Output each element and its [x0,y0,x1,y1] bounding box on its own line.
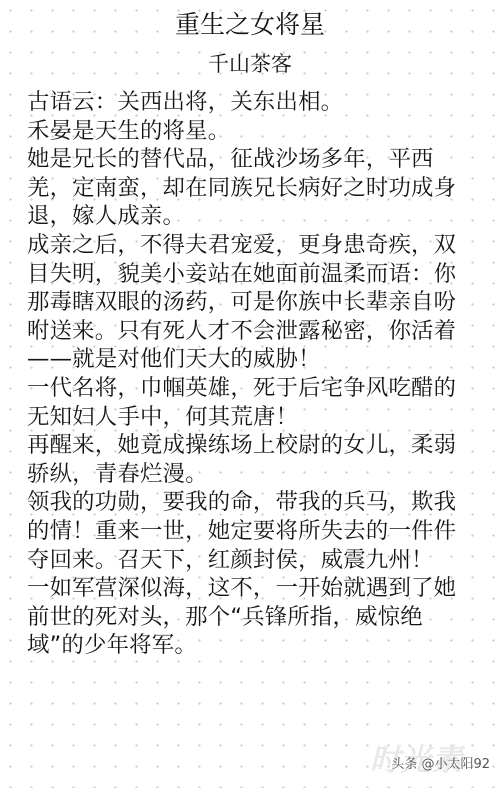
text-line: 退，嫁人成亲。 [27,202,475,231]
synopsis-body: 古语云：关西出将，关东出相。 禾晏是天生的将星。 她是兄长的替代品，征战沙场多年… [27,88,475,660]
text-line: 禾晏是天生的将星。 [27,117,475,146]
text-line: 她是兄长的替代品，征战沙场多年，平西 [27,145,475,174]
text-line: 一代名将，巾帼英雄，死于后宅争风吃醋的 [27,374,475,403]
text-line: 成亲之后，不得夫君宠爱，更身患奇疾，双 [27,231,475,260]
text-line: 骄纵，青春烂漫。 [27,460,475,489]
text-line: 那毒瞎双眼的汤药，可是你族中长辈亲自吩 [27,288,475,317]
book-author: 千山茶客 [0,49,500,79]
text-line: 的情！重来一世，她定要将所失去的一件件 [27,517,475,546]
text-line: 羌，定南蛮，却在同族兄长病好之时功成身 [27,174,475,203]
text-line: 夺回来。召天下，红颜封侯，威震九州！ [27,546,475,575]
text-line: 领我的功勋，要我的命，带我的兵马，欺我 [27,488,475,517]
book-title: 重生之女将星 [0,8,500,42]
text-line: 前世的死对头，那个“兵锋所指，威惊绝 [27,603,475,632]
text-line: 咐送来。只有死人才不会泄露秘密，你活着 [27,317,475,346]
source-watermark: 头条 @小太阳92 [391,757,490,773]
text-line: 域”的少年将军。 [27,631,475,660]
text-line: ——就是对他们天大的威胁！ [27,345,475,374]
text-line: 古语云：关西出将，关东出相。 [27,88,475,117]
text-line: 无知妇人手中，何其荒唐！ [27,403,475,432]
text-line: 再醒来，她竟成操练场上校尉的女儿，柔弱 [27,431,475,460]
text-line: 一如军营深似海，这不，一开始就遇到了她 [27,574,475,603]
text-line: 目失明，貌美小妾站在她面前温柔而语：你 [27,260,475,289]
